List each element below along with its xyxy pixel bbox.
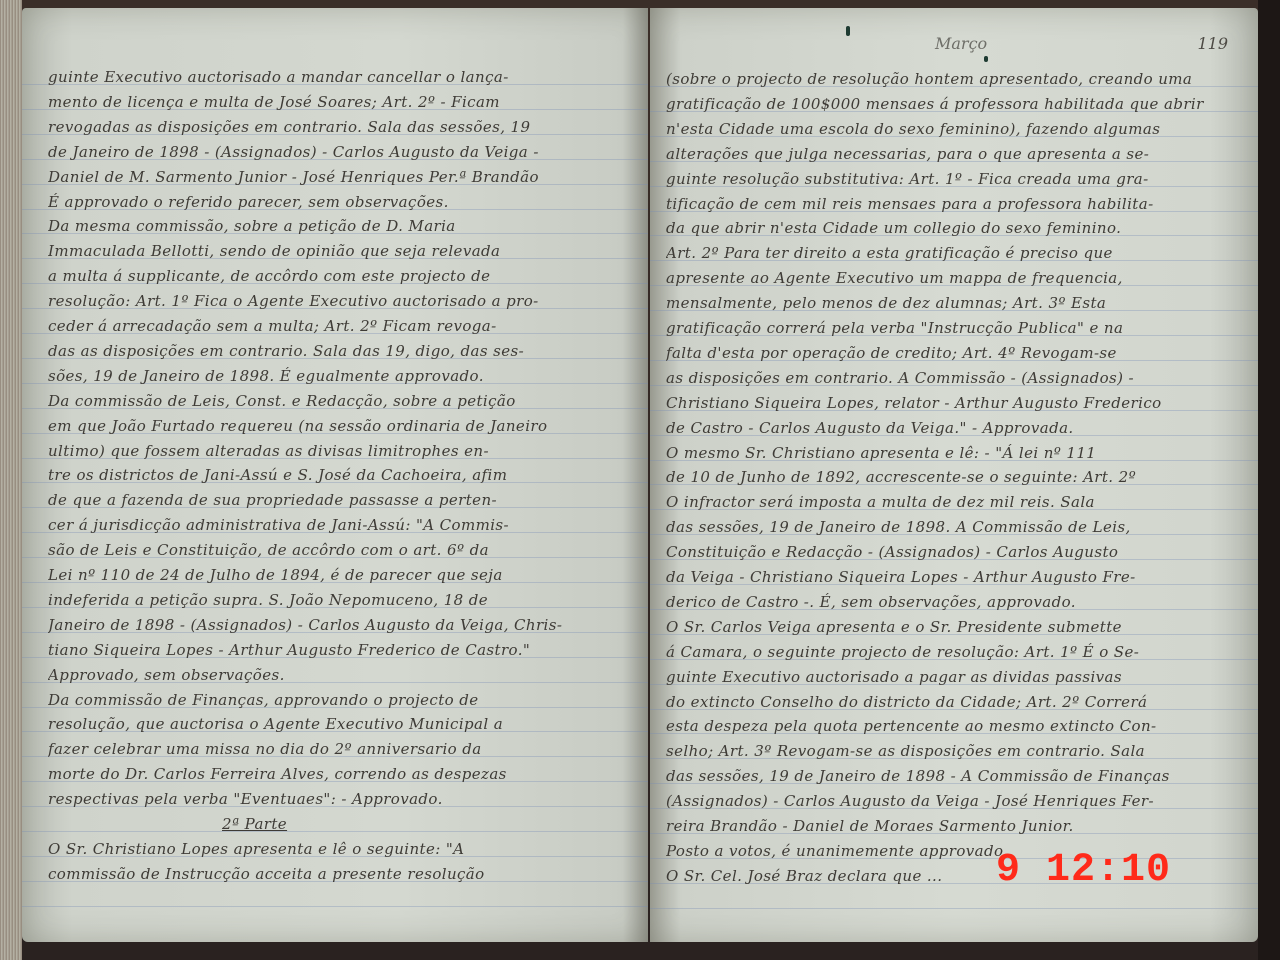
handwritten-line: resolução, que auctorisa o Agente Execut…: [48, 715, 638, 733]
page-stack-edge: [0, 0, 22, 960]
handwritten-line: Lei nº 110 de 24 de Julho de 1894, é de …: [48, 566, 638, 584]
handwritten-line: indeferida a petição supra. S. João Nepo…: [48, 591, 638, 609]
handwritten-line: 2ª Parte: [222, 815, 648, 833]
handwritten-line: de Castro - Carlos Augusto da Veiga." - …: [666, 419, 1251, 437]
handwritten-line: de Janeiro de 1898 - (Assignados) - Carl…: [48, 143, 638, 161]
handwritten-line: das sessões, 19 de Janeiro de 1898 - A C…: [666, 767, 1251, 785]
handwritten-line: reira Brandão - Daniel de Moraes Sarment…: [666, 817, 1251, 835]
handwritten-line: Christiano Siqueira Lopes, relator - Art…: [666, 394, 1251, 412]
left-page-text: guinte Executivo auctorisado a mandar ca…: [22, 8, 648, 942]
handwritten-line: tificação de cem mil reis mensaes para a…: [666, 195, 1251, 213]
left-page: guinte Executivo auctorisado a mandar ca…: [22, 8, 648, 942]
handwritten-line: ultimo) que fossem alteradas as divisas …: [48, 442, 638, 460]
handwritten-line: O Sr. Christiano Lopes apresenta e lê o …: [48, 840, 638, 858]
handwritten-line: guinte Executivo auctorisado a mandar ca…: [48, 68, 638, 86]
handwritten-line: mento de licença e multa de José Soares;…: [48, 93, 638, 111]
handwritten-line: ceder á arrecadação sem a multa; Art. 2º…: [48, 317, 638, 335]
handwritten-line: da que abrir n'esta Cidade um collegio d…: [666, 219, 1251, 237]
handwritten-line: gratificação correrá pela verba "Instruc…: [666, 319, 1251, 337]
handwritten-line: são de Leis e Constituição, de accôrdo c…: [48, 541, 638, 559]
handwritten-line: Da commissão de Leis, Const. e Redacção,…: [48, 392, 638, 410]
handwritten-line: da Veiga - Christiano Siqueira Lopes - A…: [666, 568, 1251, 586]
handwritten-line: fazer celebrar uma missa no dia do 2º an…: [48, 740, 638, 758]
handwritten-line: guinte resolução substitutiva: Art. 1º -…: [666, 170, 1251, 188]
camera-timestamp: 9 12:10: [996, 848, 1171, 893]
handwritten-line: commissão de Instrucção acceita a presen…: [48, 865, 638, 883]
handwritten-line: esta despeza pela quota pertencente ao m…: [666, 717, 1251, 735]
handwritten-line: O Sr. Carlos Veiga apresenta e o Sr. Pre…: [666, 618, 1251, 636]
handwritten-line: selho; Art. 3º Revogam-se as disposições…: [666, 742, 1251, 760]
handwritten-line: as disposições em contrario. A Commissão…: [666, 369, 1251, 387]
handwritten-line: resolução: Art. 1º Fica o Agente Executi…: [48, 292, 638, 310]
handwritten-line: do extincto Conselho do districto da Cid…: [666, 693, 1251, 711]
handwritten-line: alterações que julga necessarias, para o…: [666, 145, 1251, 163]
open-ledger-book: guinte Executivo auctorisado a mandar ca…: [0, 0, 1280, 960]
book-cover-edge: [1258, 0, 1280, 960]
handwritten-line: de 10 de Junho de 1892, accrescente-se o…: [666, 468, 1251, 486]
handwritten-line: Immaculada Bellotti, sendo de opinião qu…: [48, 242, 638, 260]
handwritten-line: gratificação de 100$000 mensaes á profes…: [666, 95, 1251, 113]
ruled-line: [650, 908, 1258, 909]
handwritten-line: (Assignados) - Carlos Augusto da Veiga -…: [666, 792, 1251, 810]
handwritten-line: falta d'esta por operação de credito; Ar…: [666, 344, 1251, 362]
handwritten-line: É approvado o referido parecer, sem obse…: [48, 193, 638, 211]
handwritten-line: derico de Castro -. É, sem observações, …: [666, 593, 1251, 611]
handwritten-line: Janeiro de 1898 - (Assignados) - Carlos …: [48, 616, 638, 634]
handwritten-line: (sobre o projecto de resolução hontem ap…: [666, 70, 1251, 88]
ruled-line: [22, 906, 648, 907]
handwritten-line: das as disposições em contrario. Sala da…: [48, 342, 638, 360]
handwritten-line: tiano Siqueira Lopes - Arthur Augusto Fr…: [48, 641, 638, 659]
handwritten-line: á Camara, o seguinte projecto de resoluç…: [666, 643, 1251, 661]
handwritten-line: em que João Furtado requereu (na sessão …: [48, 417, 638, 435]
right-page: Março 119 (sobre o projecto de resolução…: [650, 8, 1258, 942]
handwritten-line: tre os districtos de Jani-Assú e S. José…: [48, 466, 638, 484]
handwritten-line: mensalmente, pelo menos de dez alumnas; …: [666, 294, 1251, 312]
handwritten-line: O infractor será imposta a multa de dez …: [666, 493, 1251, 511]
handwritten-line: morte do Dr. Carlos Ferreira Alves, corr…: [48, 765, 638, 783]
right-page-text: (sobre o projecto de resolução hontem ap…: [650, 8, 1258, 942]
handwritten-line: guinte Executivo auctorisado a pagar as …: [666, 668, 1251, 686]
handwritten-line: sões, 19 de Janeiro de 1898. É egualment…: [48, 367, 638, 385]
handwritten-line: Art. 2º Para ter direito a esta gratific…: [666, 244, 1251, 262]
handwritten-line: Da commissão de Finanças, approvando o p…: [48, 691, 638, 709]
handwritten-line: de que a fazenda de sua propriedade pass…: [48, 491, 638, 509]
handwritten-line: O mesmo Sr. Christiano apresenta e lê: -…: [666, 444, 1251, 462]
handwritten-line: Constituição e Redacção - (Assignados) -…: [666, 543, 1251, 561]
handwritten-line: n'esta Cidade uma escola do sexo feminin…: [666, 120, 1251, 138]
handwritten-line: apresente ao Agente Executivo um mappa d…: [666, 269, 1251, 287]
handwritten-line: revogadas as disposições em contrario. S…: [48, 118, 638, 136]
handwritten-line: das sessões, 19 de Janeiro de 1898. A Co…: [666, 518, 1251, 536]
handwritten-line: cer á jurisdicção administrativa de Jani…: [48, 516, 638, 534]
handwritten-line: Daniel de M. Sarmento Junior - José Henr…: [48, 168, 638, 186]
handwritten-line: Approvado, sem observações.: [48, 666, 638, 684]
handwritten-line: Da mesma commissão, sobre a petição de D…: [48, 217, 638, 235]
handwritten-line: a multa á supplicante, de accôrdo com es…: [48, 267, 638, 285]
handwritten-line: respectivas pela verba "Eventuaes": - Ap…: [48, 790, 638, 808]
